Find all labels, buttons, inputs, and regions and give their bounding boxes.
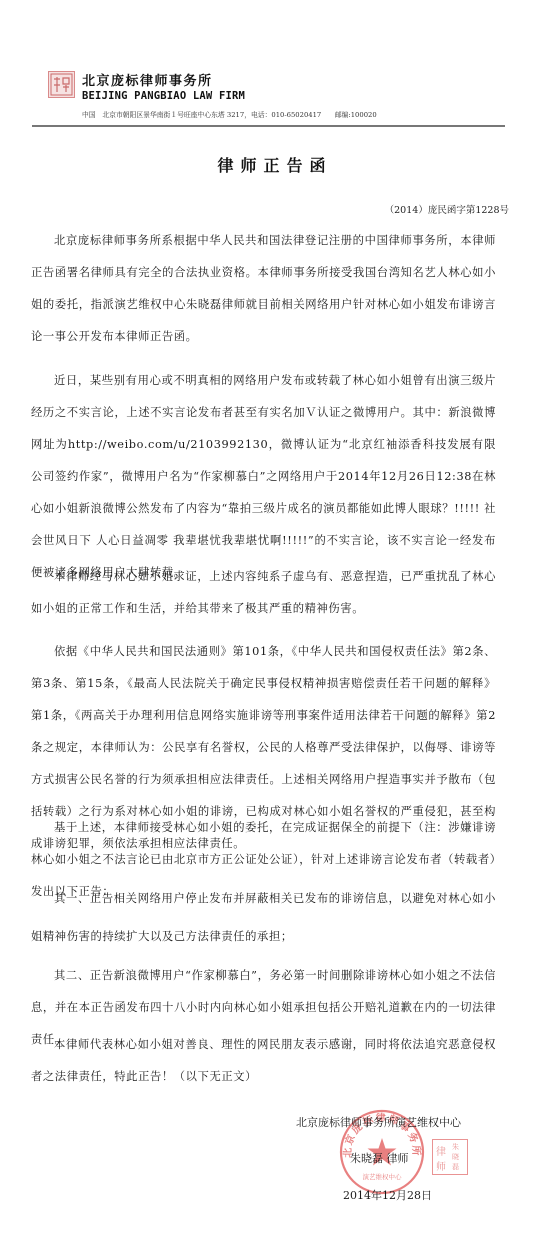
paragraph-intro: 北京庞标律师事务所系根据中华人民共和国法律登记注册的中国律师事务所，本律师正告函…: [31, 225, 496, 353]
firm-name-english: BEIJING PANGBIAO LAW FIRM: [82, 90, 245, 102]
signature-organization: 北京庞标律师事务所演艺维权中心: [296, 1114, 461, 1130]
firm-seal-logo-icon: [48, 71, 75, 98]
header-divider: [32, 125, 505, 127]
paragraph-demand-one: 其一、正告相关网络用户停止发布并屏蔽相关已发布的诽谤信息，以避免对林心如小姐精神…: [31, 880, 496, 956]
paragraph-closing: 本律师代表林心如小姐对善良、理性的网民朋友表示感谢，同时将依法追究恶意侵权者之法…: [31, 1029, 496, 1093]
paragraph-facts: 近日，某些别有用心或不明真相的网络用户发布或转载了林心如小姐曾有出演三级片经历之…: [31, 365, 496, 589]
document-title: 律师正告函: [0, 153, 550, 176]
firm-name-chinese: 北京庞标律师事务所: [82, 70, 213, 89]
signature-date: 2014年12月28日: [343, 1187, 432, 1203]
letterhead: 北京庞标律师事务所 BEIJING PANGBIAO LAW FIRM 中国 北…: [0, 0, 550, 130]
reference-number: （2014）庞民函字第1228号: [385, 202, 509, 216]
paragraph-verification: 本律师经与林心如小姐求证，上述内容纯系子虚乌有、恶意捏造，已严重扰乱了林心如小姐…: [31, 561, 496, 625]
firm-address: 中国 北京市朝阳区景华南街１号旺座中心东塔 3217，电话：010-650204…: [82, 109, 377, 119]
signature-lawyer: 朱晓磊 律师: [350, 1150, 409, 1166]
lawyer-square-seal-icon: 律 师 朱 晓 磊: [432, 1139, 468, 1175]
svg-text:演艺维权中心: 演艺维权中心: [363, 1172, 403, 1181]
